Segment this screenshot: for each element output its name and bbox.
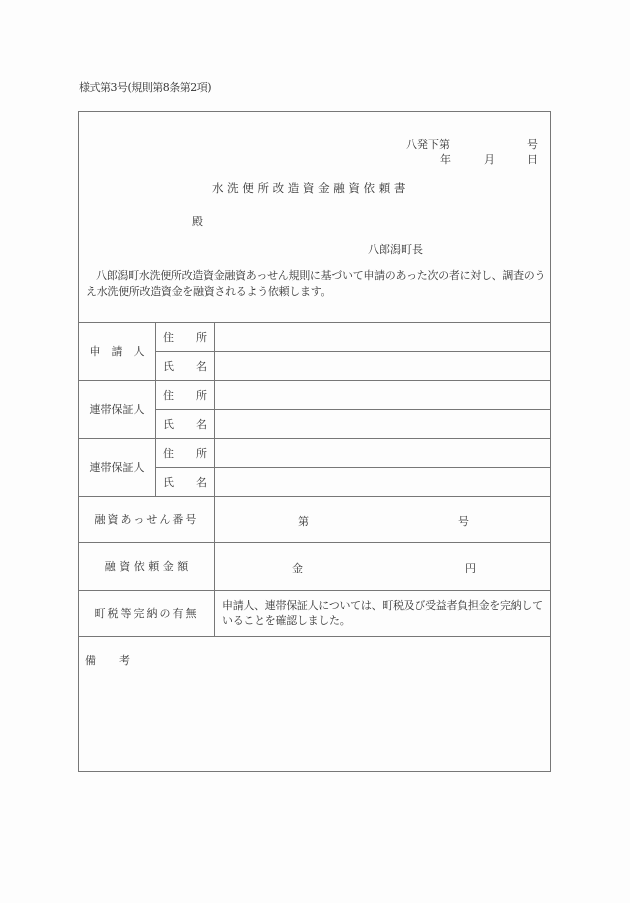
document-title: 水 洗 便 所 改 造 資 金 融 資 依 頼 書	[212, 180, 405, 196]
date-month: 月	[484, 151, 495, 167]
loan-number-prefix: 第	[298, 513, 309, 529]
date-year: 年	[440, 151, 451, 167]
guarantor-2-name-field[interactable]	[215, 468, 551, 496]
remarks-label-1: 備	[85, 652, 96, 668]
loan-amount-label: 融 資 依 頼 金 額	[79, 542, 214, 590]
sender: 八郎潟町長	[368, 241, 423, 257]
applicant-name-field[interactable]	[215, 352, 551, 380]
applicant-address-field[interactable]	[215, 323, 551, 351]
loan-amount-prefix: 金	[292, 560, 303, 576]
applicant-label: 申 請 人	[79, 322, 155, 380]
guarantor-1-address-label: 住所	[163, 380, 207, 409]
applicant-address-label: 住所	[163, 322, 207, 351]
guarantor-1-name-label: 氏名	[163, 409, 207, 438]
remarks-label-2: 考	[119, 652, 130, 668]
applicant-name-label: 氏名	[163, 351, 207, 380]
guarantor-1-label: 連帯保証人	[79, 380, 155, 438]
date-day: 日	[527, 151, 538, 167]
guarantor-2-address-field[interactable]	[215, 439, 551, 467]
loan-amount-suffix: 円	[465, 560, 476, 576]
guarantor-1-address-field[interactable]	[215, 381, 551, 409]
divider	[155, 322, 156, 496]
addressee-suffix: 殿	[192, 213, 203, 229]
doc-number-prefix: 八発下第	[406, 136, 450, 152]
request-body: 八郎潟町水洗便所改造資金融資あっせん規則に基づいて申請のあった次の者に対し、調査…	[86, 268, 548, 300]
remarks-field[interactable]	[80, 670, 550, 770]
guarantor-2-name-label: 氏名	[163, 467, 207, 496]
guarantor-2-address-label: 住所	[163, 438, 207, 467]
tax-status-text: 申請人、連帯保証人については、町税及び受益者負担金を完納していることを確認しまし…	[222, 598, 552, 628]
guarantor-1-name-field[interactable]	[215, 410, 551, 438]
loan-number-suffix: 号	[458, 513, 469, 529]
divider	[79, 636, 551, 637]
doc-number-suffix: 号	[527, 136, 538, 152]
form-id: 様式第3号(規則第8条第2項)	[79, 79, 211, 95]
tax-status-label: 町税等完納の有無	[79, 590, 214, 636]
guarantor-2-label: 連帯保証人	[79, 438, 155, 496]
loan-number-label: 融資あっせん番号	[79, 496, 214, 542]
